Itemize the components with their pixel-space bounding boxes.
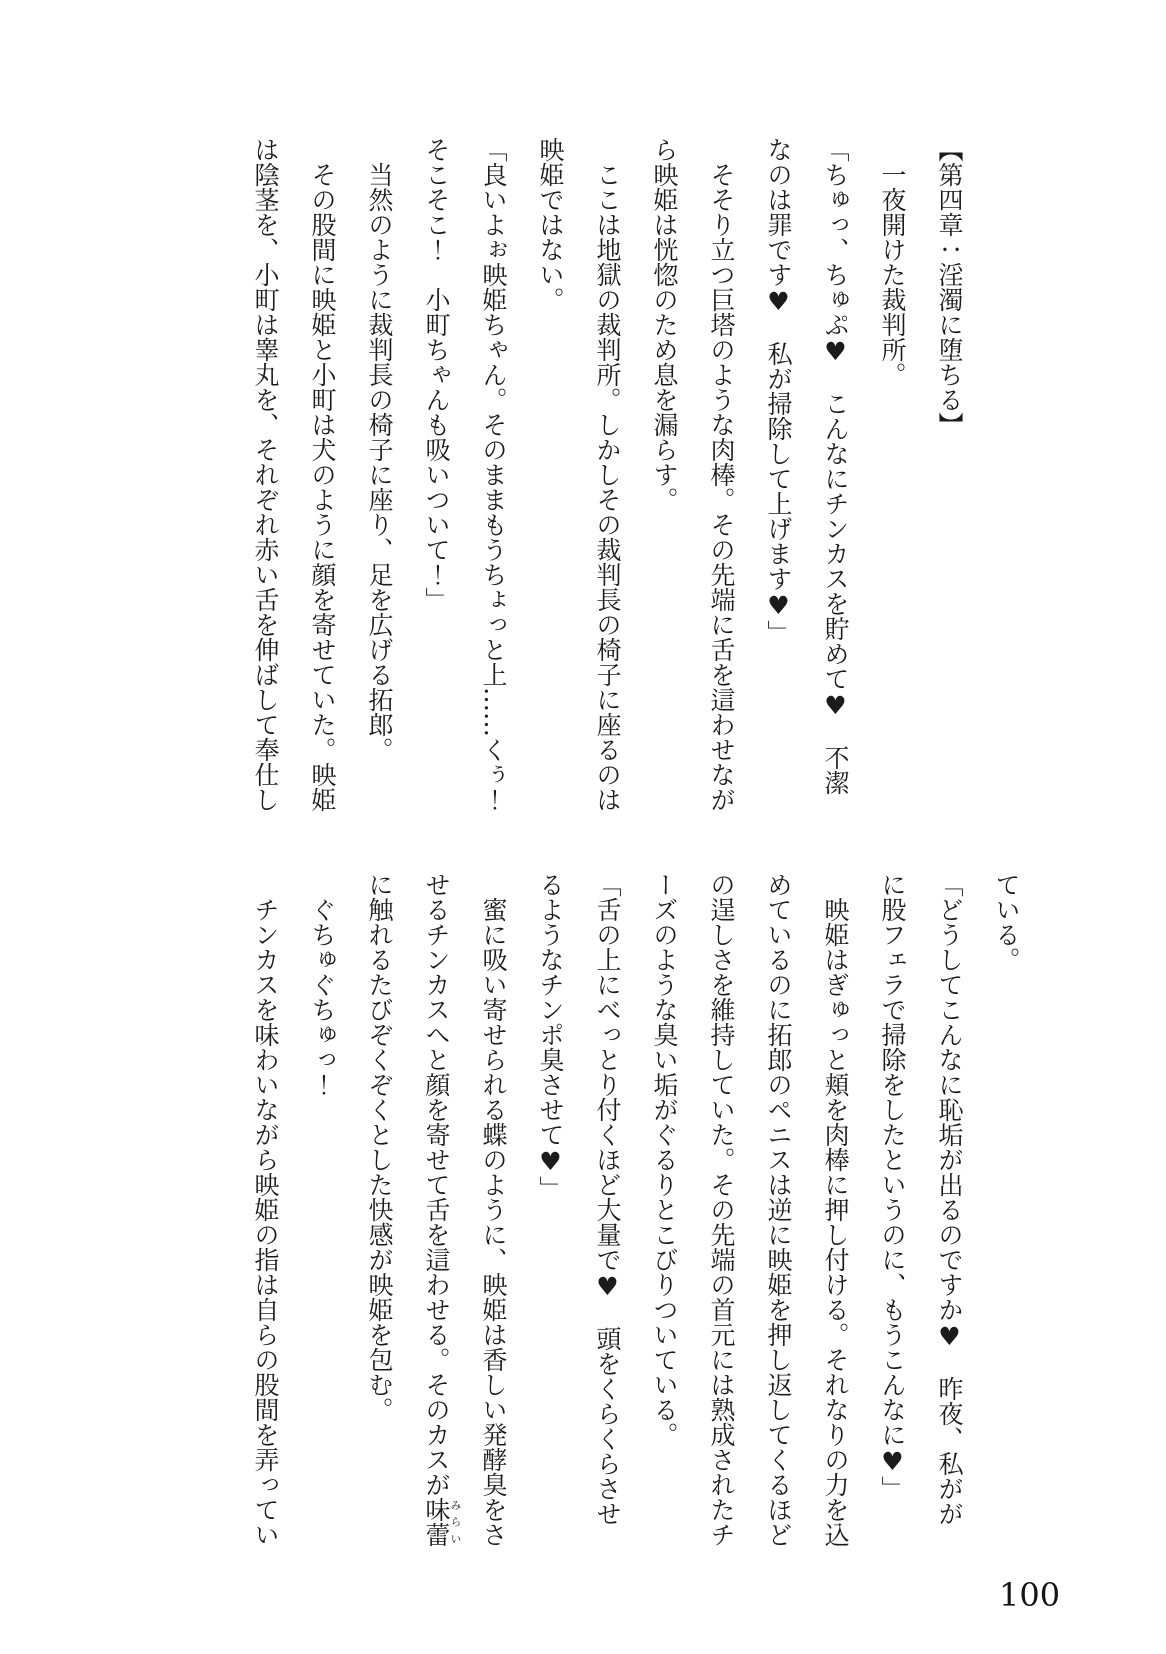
novel-page: 【第四章：淫濁に堕ちる】 一夜開けた裁判所。 「ちゅっ、ちゅぷ♥ こんなにチンカ…: [0, 0, 1166, 1654]
text-line: めているのに拓郎のペニスは逆に映姫を押し返してくるほど: [750, 872, 807, 1552]
ruby-base: 味蕾: [422, 1497, 451, 1547]
text-line: 一夜開けた裁判所。: [864, 137, 921, 817]
text-line-with-ruby: せるチンカスへと顔を寄せて舌を這わせる。そのカスが味蕾みらい: [408, 872, 465, 1552]
text-segment: せるチンカスへと顔を寄せて舌を這わせる。そのカスが: [422, 872, 451, 1497]
text-line: 映姫はぎゅっと頬を肉棒に押し付ける。それなりの力を込: [807, 872, 864, 1552]
text-line: るようなチンポ臭させて♥」: [522, 872, 579, 1552]
text-line: ている。: [978, 872, 1035, 1552]
text-line: 「どうしてこんなに恥垢が出るのですか♥ 昨夜、私がが: [921, 872, 978, 1552]
text-line: そこそこ！ 小町ちゃんも吸いついて！」: [408, 137, 465, 817]
chapter-title: 【第四章：淫濁に堕ちる】: [921, 137, 978, 817]
text-line: 「良いよぉ映姫ちゃん。そのままもうちょっと上……くぅ！: [465, 137, 522, 817]
text-line: チンカスを味わいながら映姫の指は自らの股間を弄ってい: [237, 872, 294, 1552]
text-line: に触れるたびぞくぞくとした快感が映姫を包む。: [351, 872, 408, 1552]
text-line: の逞しさを維持していた。その先端の首元には熟成されたチ: [693, 872, 750, 1552]
text-line: ぐちゅぐちゅっ！: [294, 872, 351, 1552]
text-line: そそり立つ巨塔のような肉棒。その先端に舌を這わせなが: [693, 137, 750, 817]
text-line: 映姫ではない。: [522, 137, 579, 817]
text-line: は陰茎を、小町は睾丸を、それぞれ赤い舌を伸ばして奉仕し: [237, 137, 294, 817]
text-line: ここは地獄の裁判所。しかしその裁判長の椅子に座るのは: [579, 137, 636, 817]
page-number: 100: [999, 1576, 1060, 1614]
ruby-word: 味蕾みらい: [422, 1497, 451, 1547]
text-line: なのは罪です♥ 私が掃除して上げます♥」: [750, 137, 807, 817]
ruby-reading: みらい: [449, 1497, 462, 1547]
text-line: その股間に映姫と小町は犬のように顔を寄せていた。映姫: [294, 137, 351, 817]
text-line: 蜜に吸い寄せられる蝶のように、映姫は香しい発酵臭をさ: [465, 872, 522, 1552]
bottom-text-block: ている。 「どうしてこんなに恥垢が出るのですか♥ 昨夜、私がが に股フェラで掃除…: [237, 872, 1035, 1552]
top-text-block: 【第四章：淫濁に堕ちる】 一夜開けた裁判所。 「ちゅっ、ちゅぷ♥ こんなにチンカ…: [237, 137, 978, 817]
text-line: に股フェラで掃除をしたというのに、もうこんなに♥」: [864, 872, 921, 1552]
text-line: ーズのような臭い垢がぐるりとこびりついている。: [636, 872, 693, 1552]
text-line: ら映姫は恍惚のため息を漏らす。: [636, 137, 693, 817]
text-line: 当然のように裁判長の椅子に座り、足を広げる拓郎。: [351, 137, 408, 817]
text-line: 「ちゅっ、ちゅぷ♥ こんなにチンカスを貯めて♥ 不潔: [807, 137, 864, 817]
text-line: 「舌の上にべっとり付くほど大量で♥ 頭をくらくらさせ: [579, 872, 636, 1552]
